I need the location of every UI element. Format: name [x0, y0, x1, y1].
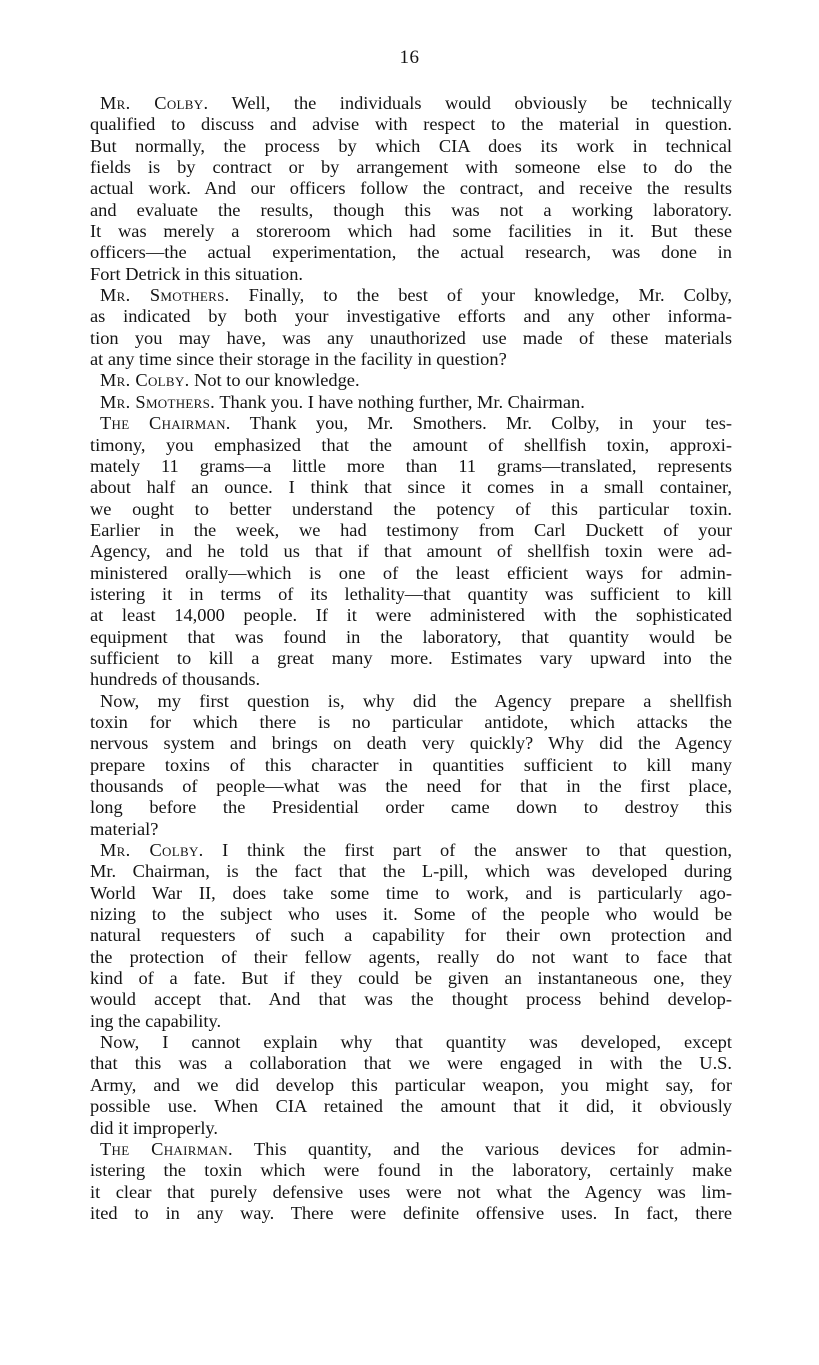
- text-line: Fort Detrick in this situation.: [90, 264, 732, 285]
- text-line: at least 14,000 people. If it were admin…: [90, 605, 732, 626]
- paragraph-smothers-2: Mr. Smothers. Thank you. I have nothing …: [100, 392, 732, 413]
- text-line: prepare toxins of this character in quan…: [90, 755, 732, 776]
- text-line: natural requesters of such a capability …: [90, 925, 732, 946]
- text-line: Mr. Colby. Well, the individuals would o…: [100, 93, 732, 114]
- text-line: the protection of their fellow agents, r…: [90, 947, 732, 968]
- speaker-name: Mr. Smothers.: [100, 392, 215, 412]
- text-line: material?: [90, 819, 732, 840]
- paragraph-chairman-2: Now, my first question is, why did the A…: [100, 691, 732, 840]
- text-line: mately 11 grams—a little more than 11 gr…: [90, 456, 732, 477]
- transcript-body: Mr. Colby. Well, the individuals would o…: [100, 93, 732, 1224]
- speaker-name: Mr. Colby.: [100, 370, 189, 390]
- text-line: equipment that was found in the laborato…: [90, 627, 732, 648]
- text-line: nizing to the subject who uses it. Some …: [90, 904, 732, 925]
- text-line: Now, my first question is, why did the A…: [100, 691, 732, 712]
- speaker-name: Mr. Smothers.: [100, 285, 230, 305]
- text-line: Mr. Smothers. Finally, to the best of yo…: [100, 285, 732, 306]
- text-line: Earlier in the week, we had testimony fr…: [90, 520, 732, 541]
- text-line: hundreds of thousands.: [90, 669, 732, 690]
- text-line: timony, you emphasized that the amount o…: [90, 435, 732, 456]
- text-line: and evaluate the results, though this wa…: [90, 200, 732, 221]
- text-line: at any time since their storage in the f…: [90, 349, 732, 370]
- paragraph-smothers-1: Mr. Smothers. Finally, to the best of yo…: [100, 285, 732, 370]
- text-line: as indicated by both your investigative …: [90, 306, 732, 327]
- text-line: nervous system and brings on death very …: [90, 733, 732, 754]
- paragraph-colby-1: Mr. Colby. Well, the individuals would o…: [100, 93, 732, 285]
- text-line: sufficient to kill a great many more. Es…: [90, 648, 732, 669]
- text-line: qualified to discuss and advise with res…: [90, 114, 732, 135]
- text-line: Army, and we did develop this particular…: [90, 1075, 732, 1096]
- text-line: The Chairman. This quantity, and the var…: [100, 1139, 732, 1160]
- text-line: possible use. When CIA retained the amou…: [90, 1096, 732, 1117]
- text-line: Mr. Smothers. Thank you. I have nothing …: [100, 392, 732, 413]
- text-line: Mr. Colby. Not to our knowledge.: [100, 370, 732, 391]
- speaker-name: Mr. Colby.: [100, 840, 204, 860]
- text-line: tion you may have, was any unauthorized …: [90, 328, 732, 349]
- text-line: would accept that. And that was the thou…: [90, 989, 732, 1010]
- text-line: istering it in terms of its lethality—th…: [90, 584, 732, 605]
- speaker-name: The Chairman.: [100, 413, 231, 433]
- text-line: toxin for which there is no particular a…: [90, 712, 732, 733]
- text-line: we ought to better understand the potenc…: [90, 499, 732, 520]
- text-line: World War II, does take some time to wor…: [90, 883, 732, 904]
- text-line: ited to in any way. There were definite …: [90, 1203, 732, 1224]
- text-line: about half an ounce. I think that since …: [90, 477, 732, 498]
- text-line: that this was a collaboration that we we…: [90, 1053, 732, 1074]
- paragraph-chairman-1: The Chairman. Thank you, Mr. Smothers. M…: [100, 413, 732, 690]
- text-line: Mr. Colby. I think the first part of the…: [100, 840, 732, 861]
- text-line: ministered orally—which is one of the le…: [90, 563, 732, 584]
- paragraph-colby-3: Mr. Colby. I think the first part of the…: [100, 840, 732, 1032]
- paragraph-colby-4: Now, I cannot explain why that quantity …: [100, 1032, 732, 1139]
- speaker-name: The Chairman.: [100, 1139, 233, 1159]
- paragraph-colby-2: Mr. Colby. Not to our knowledge.: [100, 370, 732, 391]
- text-line: Agency, and he told us that if that amou…: [90, 541, 732, 562]
- text-line: thousands of people—what was the need fo…: [90, 776, 732, 797]
- text-line: officers—the actual experimentation, the…: [90, 242, 732, 263]
- text-line: long before the Presidential order came …: [90, 797, 732, 818]
- text-line: fields is by contract or by arrangement …: [90, 157, 732, 178]
- text-line: It was merely a storeroom which had some…: [90, 221, 732, 242]
- page-number: 16: [0, 47, 819, 69]
- text-line: But normally, the process by which CIA d…: [90, 136, 732, 157]
- text-line: The Chairman. Thank you, Mr. Smothers. M…: [100, 413, 732, 434]
- text-line: Now, I cannot explain why that quantity …: [100, 1032, 732, 1053]
- paragraph-chairman-3: The Chairman. This quantity, and the var…: [100, 1139, 732, 1224]
- text-line: kind of a fate. But if they could be giv…: [90, 968, 732, 989]
- text-line: ing the capability.: [90, 1011, 732, 1032]
- text-line: it clear that purely defensive uses were…: [90, 1182, 732, 1203]
- speaker-name: Mr. Colby.: [100, 93, 208, 113]
- text-line: istering the toxin which were found in t…: [90, 1160, 732, 1181]
- text-line: did it improperly.: [90, 1118, 732, 1139]
- text-line: Mr. Chairman, is the fact that the L-pil…: [90, 861, 732, 882]
- text-line: actual work. And our officers follow the…: [90, 178, 732, 199]
